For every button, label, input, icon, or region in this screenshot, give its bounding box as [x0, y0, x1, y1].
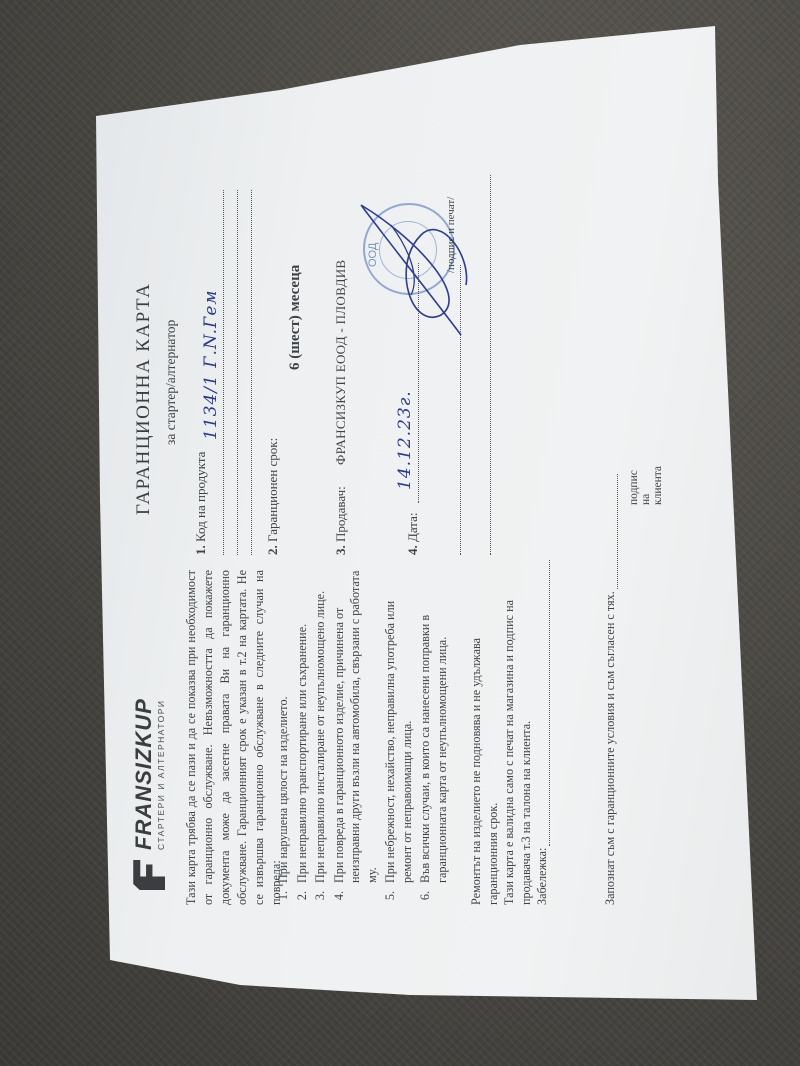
card-subtitle: за стартер/алтернатор	[163, 320, 179, 445]
notes-block: Ремонтът на изделието не подновява и не …	[468, 570, 534, 905]
agreement-text: Запознат съм с гаранционните условия и с…	[603, 591, 618, 905]
company-logo: FRANSIZKUP СТАРТЕРИ И АЛТЕРНАТОРИ	[133, 698, 166, 890]
warranty-card: FRANSIZKUP СТАРТЕРИ И АЛТЕРНАТОРИ Тази к…	[115, 165, 655, 985]
intro-paragraph: Тази карта трябва да се пази и да се пок…	[183, 570, 285, 905]
warranty-period-label: 2. Гаранционен срок:	[265, 438, 281, 555]
product-code-label: 1. Код на продукта	[193, 452, 209, 555]
list-item: 2.При неправилно транспортиране или съхр…	[294, 565, 311, 905]
list-item: 3.При неправилно инсталиране от неупълно…	[312, 565, 329, 905]
brand-tagline: СТАРТЕРИ И АЛТЕРНАТОРИ	[157, 698, 166, 850]
seller-value: ФРАНСИЗКУП ЕООД - ПЛОВДИВ	[333, 260, 349, 465]
date-value[interactable]: 14.12.23г.	[395, 390, 415, 490]
fk-monogram-icon	[133, 860, 165, 890]
remark-line[interactable]	[539, 560, 550, 846]
date-label: 4. Дата:	[405, 512, 421, 555]
brand-name: FRANSIZKUP	[133, 698, 155, 850]
remark-field: Забележка:	[535, 560, 550, 905]
terms-section: FRANSIZKUP СТАРТЕРИ И АЛТЕРНАТОРИ Тази к…	[115, 565, 655, 985]
list-item: 6.Във всички случаи, в които са нанесени…	[417, 565, 450, 905]
note-repair: Ремонтът на изделието не подновява и не …	[468, 570, 501, 905]
remark-label: Забележка:	[535, 848, 550, 905]
warranty-period-value: 6 (шест) месеца	[287, 265, 304, 370]
product-code-line-3	[251, 190, 252, 555]
note-validity: Тази карта е валидна само с печат на маг…	[501, 570, 534, 905]
list-item: 1.При нарушена цялост на изделието.	[275, 565, 292, 905]
blank-line	[490, 175, 491, 555]
seller-signature	[351, 185, 481, 355]
card-title: ГАРАНЦИОННА КАРТА	[133, 283, 155, 515]
list-item: 5.При небрежност, нехайство, неправилна …	[382, 565, 415, 905]
product-code-value[interactable]: 1134/1 Г.N.Гем	[201, 290, 221, 440]
product-code-line	[223, 190, 224, 555]
seller-label: 3. Продавач:	[333, 486, 349, 555]
card-fields-section: ГАРАНЦИОННА КАРТА за стартер/алтернатор …	[115, 175, 655, 555]
exclusion-list: 1.При нарушена цялост на изделието. 2.Пр…	[275, 565, 452, 905]
list-item: 4.При повреда в гаранционното изделие, п…	[331, 565, 381, 905]
signature-seal-label: /подпис и печат/	[445, 197, 457, 273]
product-code-line-2	[237, 190, 238, 555]
